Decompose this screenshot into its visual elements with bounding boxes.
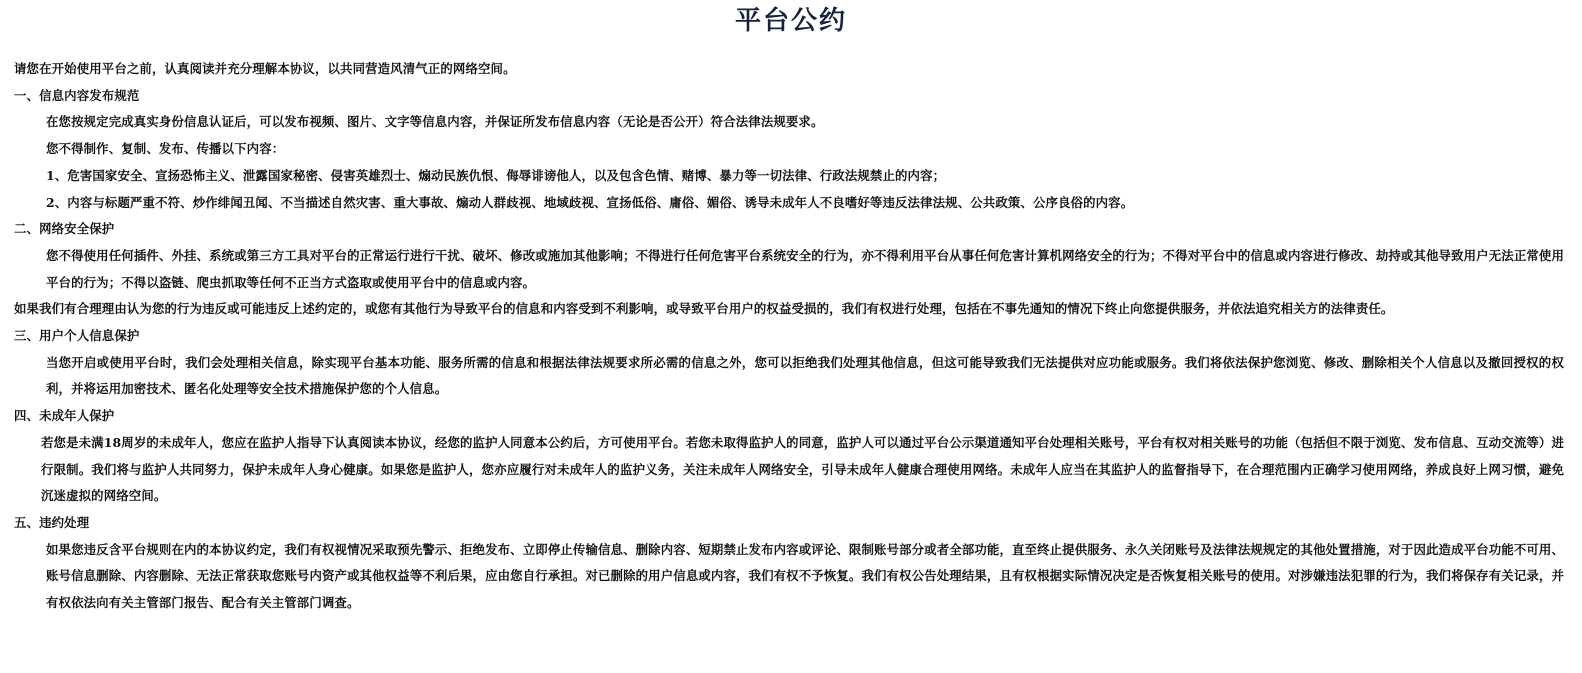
section-paragraph: 您不得使用任何插件、外挂、系统或第三方工具对平台的正常运行进行干扰、破坏、修改或… xyxy=(14,243,1564,296)
prohibited-item-2: 2、内容与标题严重不符、炒作绯闻丑闻、不当描述自然灾害、重大事故、煽动人群歧视、… xyxy=(14,190,1564,217)
section-paragraph: 当您开启或使用平台时，我们会处理相关信息，除实现平台基本功能、服务所需的信息和根… xyxy=(14,350,1564,403)
section-heading-content-rules: 一、信息内容发布规范 xyxy=(14,83,1564,110)
document-body: 请您在开始使用平台之前，认真阅读并充分理解本协议，以共同营造风清气正的网络空间。… xyxy=(14,56,1564,617)
section-paragraph: 若您是未满18周岁的未成年人，您应在监护人指导下认真阅读本协议，经您的监护人同意… xyxy=(14,430,1564,510)
section-heading-personal-info: 三、用户个人信息保护 xyxy=(14,323,1564,350)
intro-text: 请您在开始使用平台之前，认真阅读并充分理解本协议，以共同营造风清气正的网络空间。 xyxy=(14,56,1564,83)
section-paragraph: 如果您违反含平台规则在内的本协议约定，我们有权视情况采取预先警示、拒绝发布、立即… xyxy=(14,537,1564,617)
section-paragraph: 您不得制作、复制、发布、传播以下内容： xyxy=(14,136,1564,163)
page-title: 平台公约 xyxy=(0,4,1582,38)
section-paragraph: 在您按规定完成真实身份信息认证后，可以发布视频、图片、文字等信息内容，并保证所发… xyxy=(14,109,1564,136)
platform-convention-page: 平台公约 请您在开始使用平台之前，认真阅读并充分理解本协议，以共同营造风清气正的… xyxy=(0,0,1582,673)
section-heading-minor-protection: 四、未成年人保护 xyxy=(14,403,1564,430)
section-heading-network-security: 二、网络安全保护 xyxy=(14,216,1564,243)
section-heading-violation-handling: 五、违约处理 xyxy=(14,510,1564,537)
prohibited-item-1: 1、危害国家安全、宣扬恐怖主义、泄露国家秘密、侵害英雄烈士、煽动民族仇恨、侮辱诽… xyxy=(14,163,1564,190)
section-paragraph: 如果我们有合理理由认为您的行为违反或可能违反上述约定的，或您有其他行为导致平台的… xyxy=(14,296,1564,323)
